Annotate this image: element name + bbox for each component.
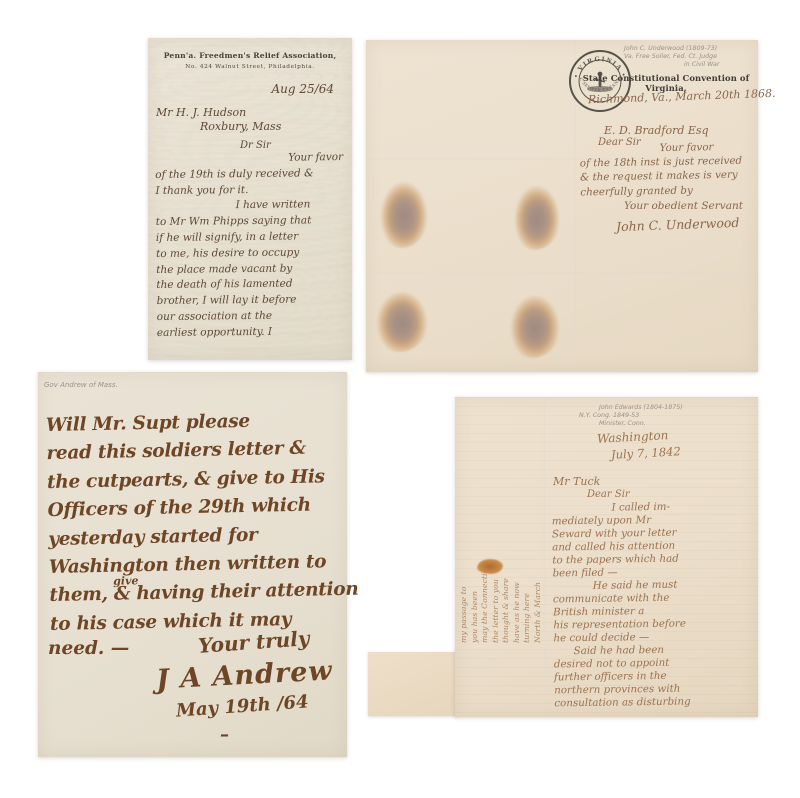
cross-writing-line: North & March [533,453,544,643]
letter-body: Your favor of the 18th inst is just rece… [580,141,751,201]
handwriting-line: cheerfully granted by [580,183,750,200]
recipient-city: Roxbury, Mass [200,120,281,133]
pencil-note-line: John Edwards (1804-1875) [559,404,749,412]
letterhead-organization: Penn'a. Freedmen's Relief Association, [148,51,352,60]
handwriting-line: need. — [48,638,129,659]
pencil-note-line: John C. Underwood (1809-73) [624,45,754,53]
letter-body: Will Mr. Supt please read this soldiers … [46,409,344,642]
handwriting-line: earliest opportunity. I [157,325,345,343]
signature: J A Andrew [155,655,333,695]
interlinear-insertion: give [113,574,139,588]
pencil-note-line: N.Y. Cong. 1849-53 [559,412,749,420]
fold-crease [366,272,758,274]
salutation: Dear Sir [587,489,630,500]
cross-writing-line: the letter to you [491,453,502,643]
pencil-note-line: in Civil War [624,61,754,69]
adhesive-stain [374,288,430,352]
closing-line: Your obedient Servant [624,200,743,212]
letter-freedmens-relief: Penn'a. Freedmen's Relief Association, N… [148,38,352,360]
pencil-note-line: Va. Free Soiler, Fed. Ct. Judge [624,53,754,61]
salutation: Dr Sir [240,140,271,151]
cross-writing-line: you has been [470,453,481,643]
photo-of-four-letters: Penn'a. Freedmen's Relief Association, N… [0,0,800,798]
date-line: Aug 25/64 [272,82,334,96]
adhesive-stain [378,178,430,248]
letter-edwards-folded-corner [368,652,458,716]
pencil-note-line: Minister, Conn. [559,420,749,428]
cross-writing-line: my passage to [459,453,470,643]
letter-edwards: John Edwards (1804-1875) N.Y. Cong. 1849… [455,397,758,717]
letterhead-address: No. 424 Walnut Street, Philadelphia. [148,64,352,70]
recipient-name: Mr H. J. Hudson [156,106,246,119]
cross-writing-line: may the Connecticut [480,453,491,643]
cataloguer-pencil-note: John C. Underwood (1809-73) Va. Free Soi… [624,45,754,69]
cataloguer-pencil-note: Gov Andrew of Mass. [44,381,118,390]
letter-body: I called im- mediately upon Mr Seward wi… [552,500,755,711]
flourish-dash: – [220,724,229,745]
cross-writing-line: turning here [522,453,533,643]
letter-gov-andrew: Gov Andrew of Mass. Will Mr. Supt please… [38,372,347,757]
adhesive-stain [508,292,562,358]
adhesive-stain [512,182,562,250]
handwriting-line: consultation as disturbing [554,695,754,711]
recipient-name: Mr Tuck [553,475,600,488]
signature: John C. Underwood [616,215,740,234]
date-line: May 19th /64 [175,691,309,721]
letter-body: Your favor of the 19th is duly received … [155,151,345,343]
cataloguer-pencil-note: John Edwards (1804-1875) N.Y. Cong. 1849… [559,404,749,428]
dateline-city: Washington [597,428,669,446]
wax-stain [477,559,503,574]
cross-writing-panel: my passage to you has been may the Conne… [459,453,545,643]
letter-virginia-convention: • VIRGINIA • SIC SEMPER TYRANNIS John C.… [366,40,758,372]
cross-writing-line: thought & share [501,453,512,643]
dateline-date: July 7, 1842 [611,444,681,462]
recipient-name: E. D. Bradford Esq [604,124,709,137]
cross-writing-line: have as he now [512,453,523,643]
